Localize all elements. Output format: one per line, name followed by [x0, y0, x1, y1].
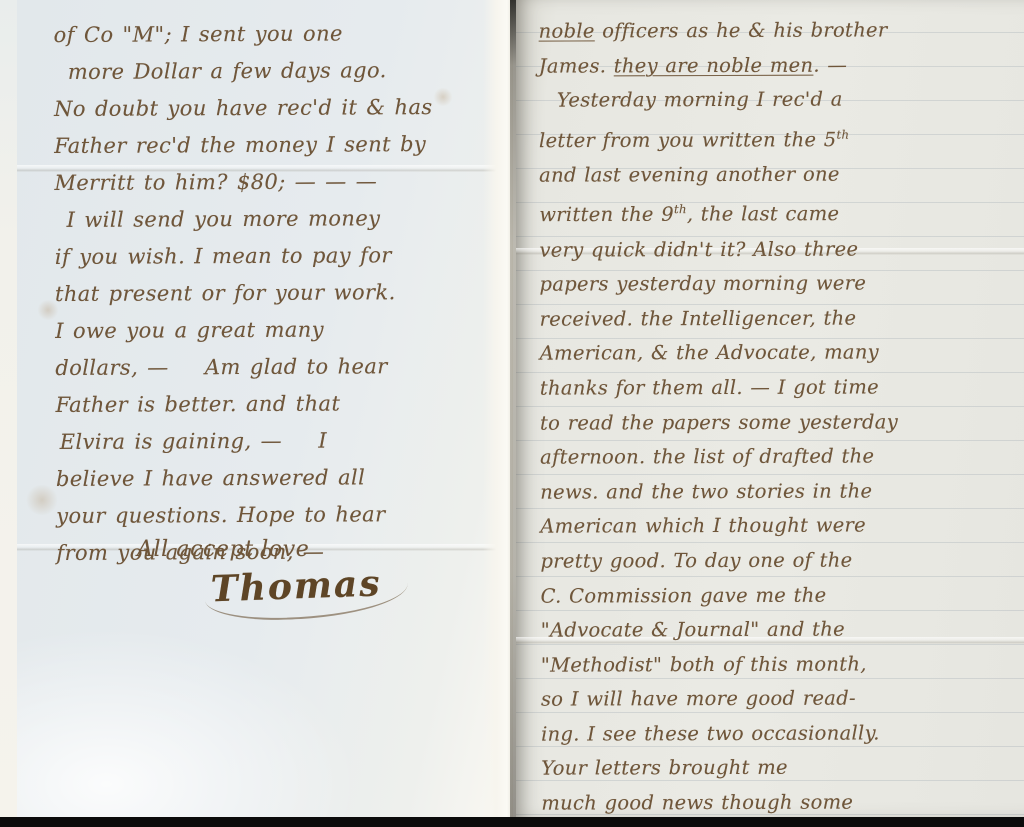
- handwritten-line: American, & the Advocate, many: [540, 336, 898, 372]
- handwritten-line: if you wish. I mean to pay for: [55, 237, 434, 276]
- handwritten-line: American which I thought were: [540, 509, 898, 545]
- handwritten-line: C. Commission gave me the: [541, 578, 899, 614]
- left-page-handwriting: of Co "M"; I sent you onemore Dollar a f…: [54, 15, 435, 572]
- handwritten-line: dollars, — Am glad to hear: [55, 348, 434, 387]
- handwritten-line: believe I have answered all: [56, 459, 435, 498]
- handwritten-line: that present or for your work.: [55, 274, 434, 313]
- handwritten-line: pretty good. To day one of the: [540, 543, 898, 579]
- handwritten-line: papers yesterday morning were: [539, 267, 897, 303]
- handwritten-line: ing. I see these two occasionally.: [541, 716, 899, 752]
- handwritten-line: Merritt to him? $80; — — —: [54, 163, 433, 202]
- handwritten-line: Elvira is gaining, — I: [56, 422, 435, 461]
- handwritten-line: news. and the two stories in the: [540, 474, 898, 510]
- handwritten-line: Your letters brought me: [541, 751, 899, 787]
- right-page-handwriting: noble officers as he & his brotherJames.…: [539, 13, 900, 821]
- letter-page-left: of Co "M"; I sent you onemore Dollar a f…: [17, 0, 513, 817]
- handwritten-line: "Advocate & Journal" and the: [541, 612, 899, 648]
- handwritten-line: of Co "M"; I sent you one: [54, 15, 433, 54]
- signature: Thomas: [204, 561, 408, 622]
- handwritten-line: more Dollar a few days ago.: [54, 52, 433, 91]
- letter-scan: of Co "M"; I sent you onemore Dollar a f…: [0, 0, 1024, 827]
- letter-page-right: noble officers as he & his brotherJames.…: [516, 0, 1024, 817]
- letter-closing: All accept love: [137, 537, 309, 562]
- handwritten-line: very quick didn't it? Also three: [539, 232, 897, 268]
- handwritten-line: Yesterday morning I rec'd a: [539, 83, 897, 119]
- handwritten-line: Father rec'd the money I sent by: [54, 126, 433, 165]
- handwritten-line: letter from you written the 5th: [539, 117, 897, 158]
- handwritten-line: noble officers as he & his brother: [539, 13, 897, 49]
- handwritten-line: afternoon. the list of drafted the: [540, 440, 898, 476]
- paper-stain: [433, 88, 453, 106]
- handwritten-line: Father is better. and that: [55, 385, 434, 424]
- handwritten-line: so I will have more good read-: [541, 682, 899, 718]
- page-fold-highlight: [483, 0, 513, 817]
- handwritten-line: No doubt you have rec'd it & has: [54, 89, 433, 128]
- handwritten-line: I owe you a great many: [55, 311, 434, 350]
- handwritten-line: received. the Intelligencer, the: [540, 301, 898, 337]
- handwritten-line: much good news though some: [541, 785, 899, 821]
- handwritten-line: your questions. Hope to hear: [56, 496, 435, 535]
- paper-stain: [25, 485, 59, 515]
- handwritten-line: and last evening another one: [539, 157, 897, 193]
- handwritten-line: "Methodist" both of this month,: [541, 647, 899, 683]
- scanner-bed-strip: [0, 817, 1024, 827]
- handwritten-line: written the 9th, the last came: [539, 192, 897, 233]
- scanner-edge-left: [0, 0, 17, 818]
- handwritten-line: thanks for them all. — I got time: [540, 370, 898, 406]
- handwritten-line: I will send you more money: [55, 200, 434, 239]
- handwritten-line: James. they are noble men. —: [539, 48, 897, 84]
- handwritten-line: to read the papers some yesterday: [540, 405, 898, 441]
